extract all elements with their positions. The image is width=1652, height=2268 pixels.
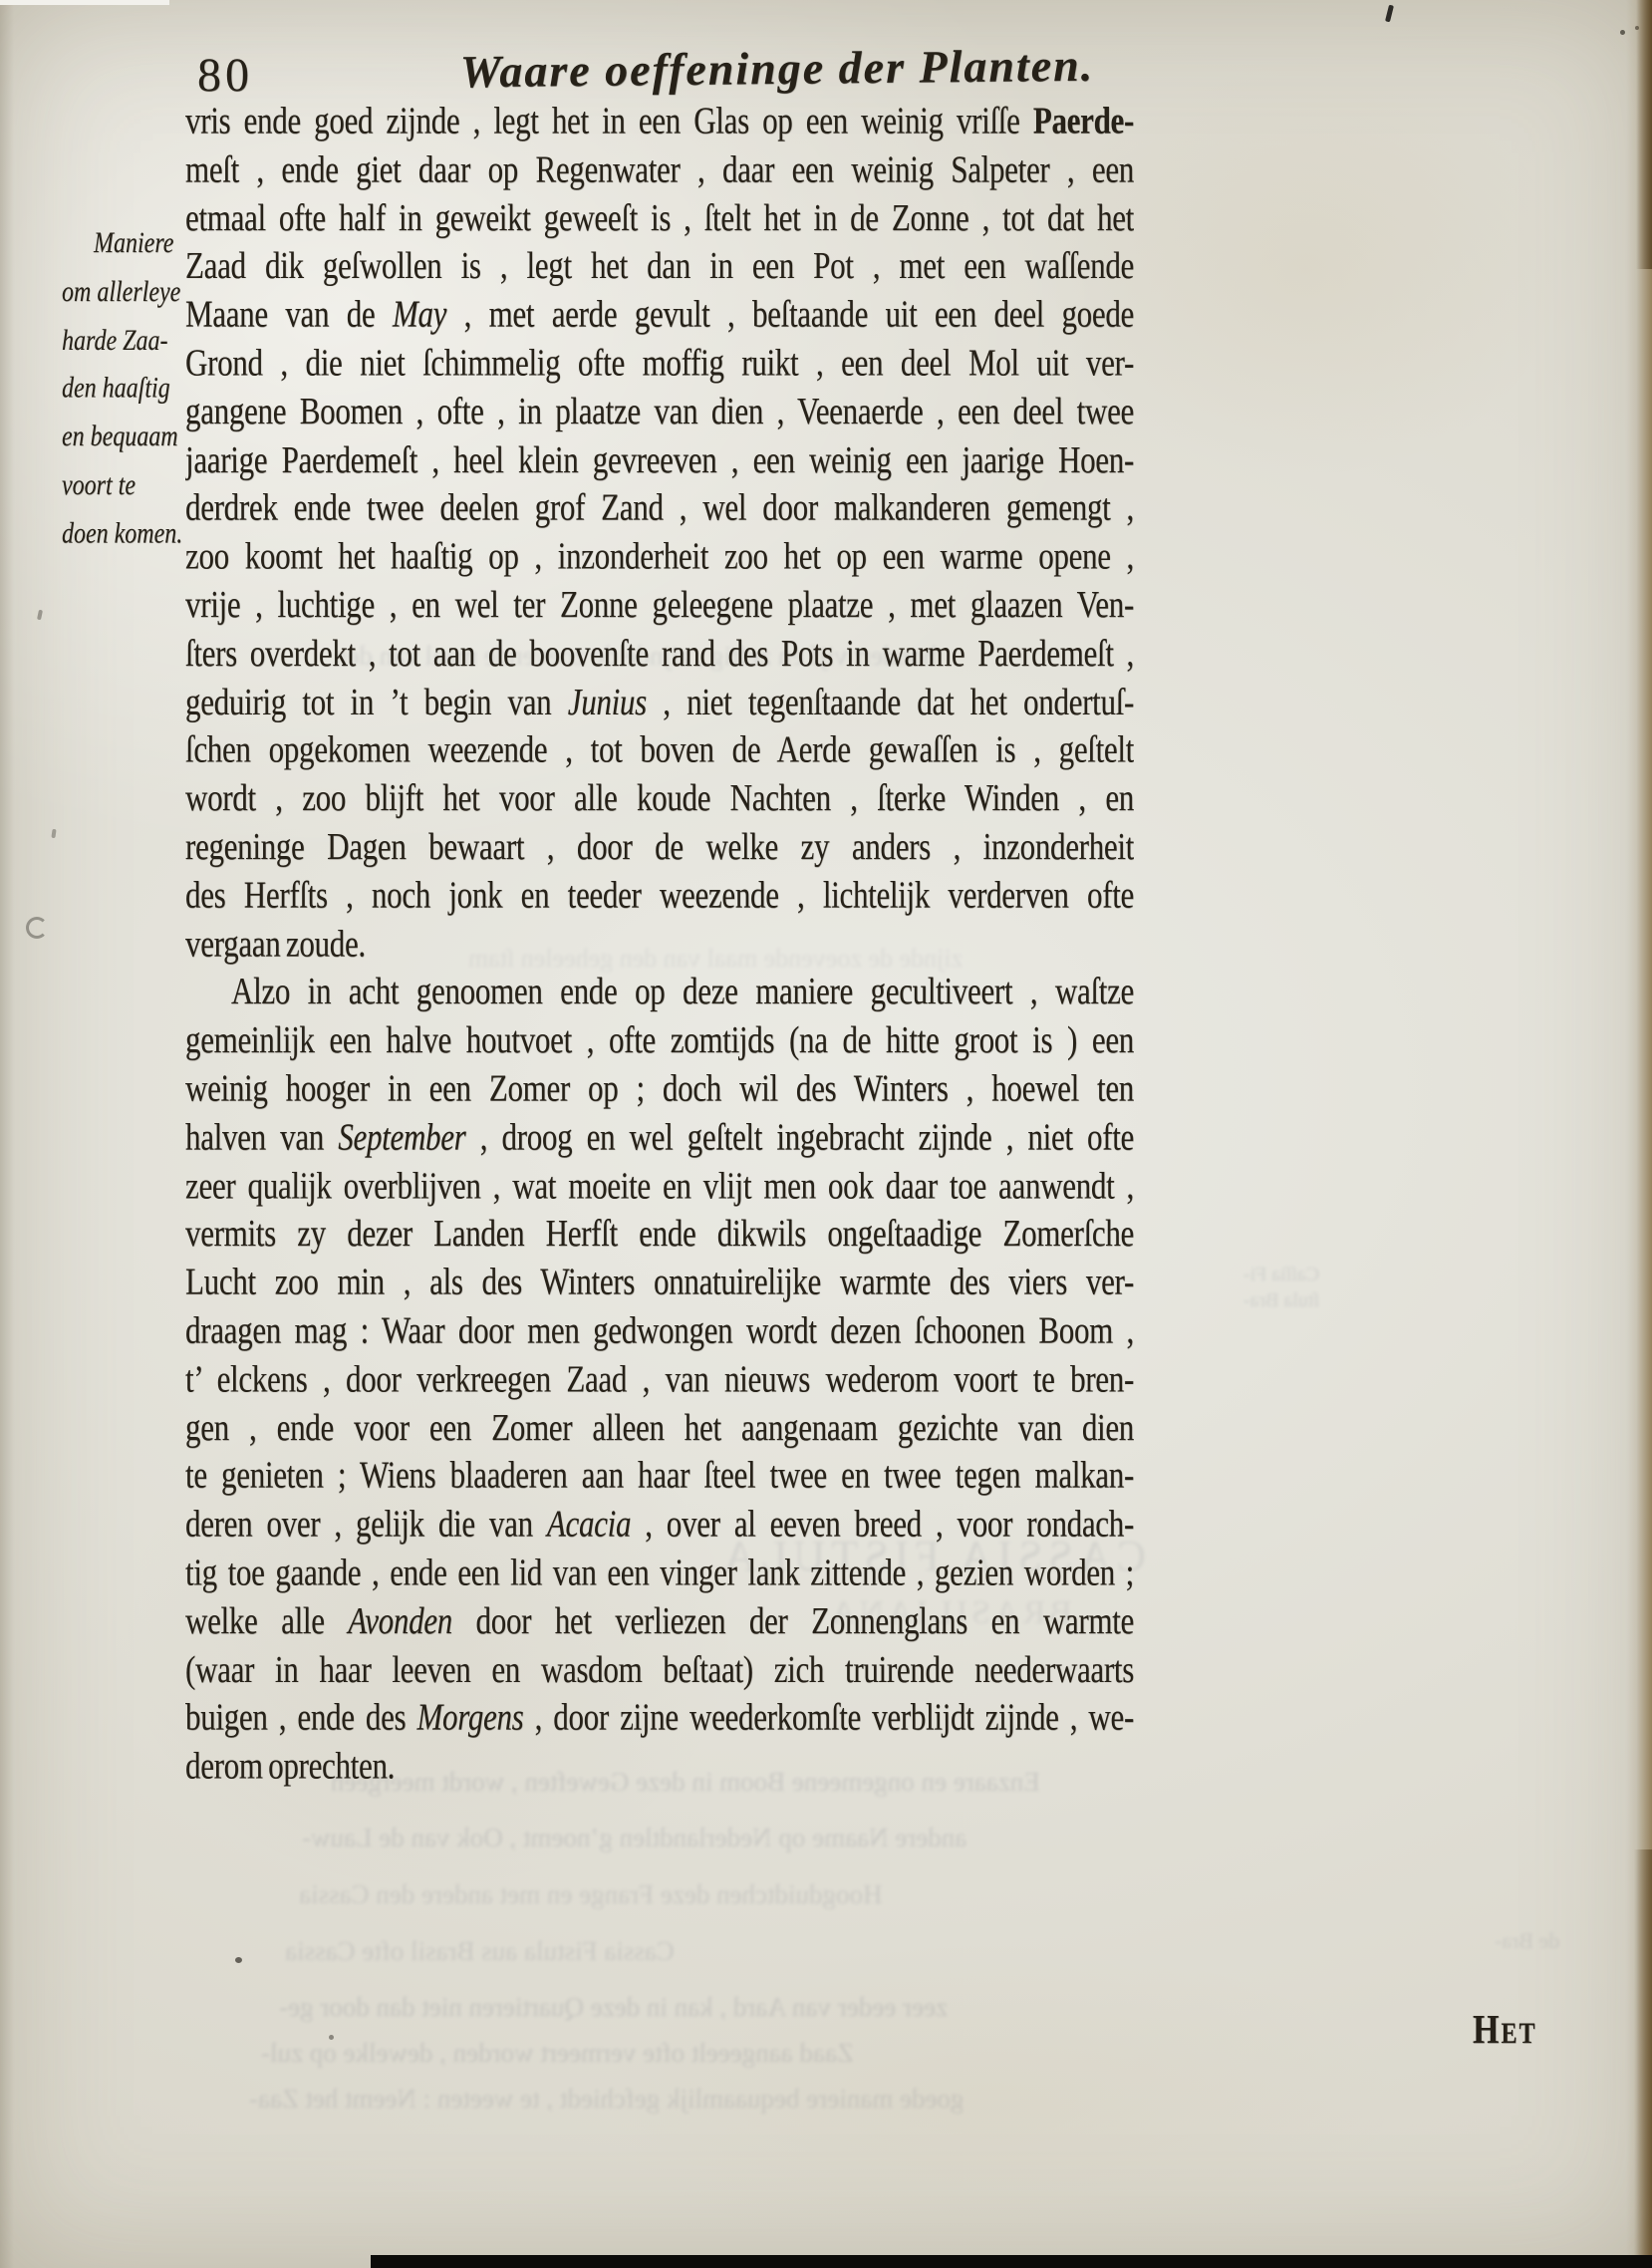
text-line: regeninge Dagen bewaart , door de welke …	[185, 822, 1134, 871]
text-line: ſchen opgekomen weezende , tot boven de …	[185, 725, 1134, 774]
margin-note-line: om allerleye	[62, 269, 189, 318]
catchword: Het	[1473, 2008, 1536, 2054]
text-line: gangene Boomen , ofte , in plaatze van d…	[185, 387, 1134, 435]
bleedthrough-line: Hoogduidtchen deze Frange en met andere …	[299, 1879, 883, 1910]
bleedthrough-line: goede maniere bequaamlijk gefchiedt , te…	[249, 2084, 964, 2115]
text-line: te genieten ; Wiens blaaderen aan haar ſ…	[185, 1451, 1134, 1500]
text-segment: t’ elckens , door verkreegen Zaad , van …	[185, 1357, 1134, 1400]
text-segment: gangene Boomen , ofte , in plaatze van d…	[185, 390, 1134, 432]
bleedthrough-line: de Bra-	[1495, 1928, 1559, 1954]
text-line: zeer qualijk overblijven , wat moeite en…	[185, 1161, 1134, 1210]
text-line: jaarige Paerdemeſt , heel klein gevreeve…	[185, 435, 1134, 484]
text-line: Grond , die niet ſchimmelig ofte moffig …	[185, 339, 1134, 388]
margin-note-line: doen komen.	[62, 511, 189, 560]
text-segment: gemeinlijk een halve houtvoet , ofte zom…	[185, 1018, 1134, 1061]
text-segment: buigen , ende des	[185, 1696, 416, 1739]
text-segment: Zaad dik geſwollen is , legt het dan in …	[185, 244, 1134, 287]
text-segment: , met aerde gevult , beſtaande uit een d…	[446, 293, 1134, 336]
body-text: vris ende goed zijnde , legt het in een …	[185, 97, 1134, 1790]
margin-note-line: den haaſtig	[62, 366, 189, 415]
text-line: ſters overdekt , tot aan de boovenſte ra…	[185, 629, 1134, 678]
text-segment: gen , ende voor een Zomer alleen het aan…	[185, 1405, 1134, 1448]
text-segment: des Herfſts , noch jonk en teeder weezen…	[185, 873, 1134, 916]
scan-edge-bar	[371, 2255, 1652, 2268]
margin-note-line: voort te	[62, 462, 189, 511]
text-line: Zaad dik geſwollen is , legt het dan in …	[185, 242, 1134, 291]
text-segment: draagen mag : Waar door men gedwongen wo…	[185, 1308, 1134, 1351]
text-segment: meſt , ende giet daar op Regenwater , da…	[185, 147, 1134, 190]
text-line: vris ende goed zijnde , legt het in een …	[185, 97, 1134, 145]
text-line: wordt , zoo blijft het voor alle koude N…	[185, 774, 1134, 823]
text-line: draagen mag : Waar door men gedwongen wo…	[185, 1306, 1134, 1355]
text-segment: Maane van de	[185, 293, 393, 336]
text-line: Alzo in acht genoomen ende op deze manie…	[185, 968, 1134, 1016]
bleedthrough-line: Cassia Fistula aus Brasil ofte Cassia	[285, 1936, 675, 1967]
text-segment: vrije , luchtige , en wel ter Zonne gele…	[185, 583, 1134, 626]
text-segment: jaarige Paerdemeſt , heel klein gevreeve…	[185, 437, 1134, 480]
text-segment: (waar in haar leeven en wasdom beſtaat) …	[185, 1647, 1134, 1690]
italic-word: Junius	[568, 680, 647, 722]
text-segment: deren over , gelijk die van	[185, 1502, 547, 1545]
text-segment: , over al eeven breed , voor rondach-	[631, 1502, 1134, 1545]
text-line: zoo koomt het haaſtig op , inzonderheit …	[185, 532, 1134, 581]
text-line: welke alle Avonden door het verliezen de…	[185, 1596, 1134, 1645]
scan-edge-sliver	[0, 0, 169, 5]
text-segment: , niet tegenſtaande dat het ondertuſ-	[647, 680, 1134, 722]
text-line: Lucht zoo min , als des Winters onnatuir…	[185, 1258, 1134, 1306]
paper-stain	[598, 1943, 1395, 2262]
text-line: des Herfſts , noch jonk en teeder weezen…	[185, 871, 1134, 920]
text-segment: zeer qualijk overblijven , wat moeite en…	[185, 1164, 1134, 1207]
ink-speck	[51, 829, 56, 838]
text-segment: Lucht zoo min , als des Winters onnatuir…	[185, 1261, 1134, 1303]
text-line: halven van September , droog en wel geſt…	[185, 1113, 1134, 1162]
text-segment: derdrek ende twee deelen grof Zand , wel…	[185, 486, 1134, 529]
text-segment: te genieten ; Wiens blaaderen aan haar ſ…	[185, 1454, 1134, 1497]
text-segment: regeninge Dagen bewaart , door de welke …	[185, 825, 1134, 868]
margin-note: Maniereom allerleyeharde Zaa-den haaſtig…	[62, 220, 189, 559]
italic-word: Acacia	[547, 1502, 631, 1545]
ink-speck	[37, 610, 43, 621]
ink-speck	[26, 917, 48, 939]
text-line: meſt , ende giet daar op Regenwater , da…	[185, 145, 1134, 194]
text-line: etmaal ofte half in geweikt geweeſt is ,…	[185, 193, 1134, 242]
text-line: geduirig tot in ’t begin van Junius , ni…	[185, 678, 1134, 726]
text-line: vrije , luchtige , en wel ter Zonne gele…	[185, 581, 1134, 630]
text-segment: welke alle	[185, 1599, 348, 1642]
margin-note-line: Maniere	[62, 220, 189, 269]
page-edge-shadow-left	[0, 0, 14, 2268]
margin-note-line: harde Zaa-	[62, 318, 189, 367]
text-line: vermits zy dezer Landen Herfſt ende dikw…	[185, 1210, 1134, 1259]
text-line: derdrek ende twee deelen grof Zand , wel…	[185, 483, 1134, 532]
text-segment: geduirig tot in ’t begin van	[185, 680, 568, 722]
text-segment: , droog en wel geſtelt ingebracht zijnde…	[465, 1115, 1134, 1158]
text-segment: halven van	[185, 1115, 338, 1158]
italic-word: September	[338, 1115, 465, 1158]
italic-word: Avonden	[348, 1599, 452, 1642]
text-segment: door het verliezen der Zonnenglans en wa…	[452, 1599, 1134, 1642]
text-line: gemeinlijk een halve houtvoet , ofte zom…	[185, 1015, 1134, 1064]
page-edge-shadow-right	[1626, 0, 1652, 2268]
italic-word: Morgens	[416, 1696, 523, 1739]
text-segment: tig toe gaande , ende een lid van een vi…	[185, 1551, 1134, 1593]
text-segment: vris ende goed zijnde , legt het in een …	[185, 99, 1033, 142]
text-line: derom oprechten.	[185, 1742, 1134, 1791]
text-line: gen , ende voor een Zomer alleen het aan…	[185, 1403, 1134, 1452]
ink-speck	[329, 2035, 334, 2040]
text-segment: ſters overdekt , tot aan de boovenſte ra…	[185, 632, 1134, 675]
text-segment: , door zijne weederkomſte verblijdt zijn…	[523, 1696, 1134, 1739]
text-segment: Alzo in acht genoomen ende op deze manie…	[231, 970, 1134, 1012]
running-title: Waare oeffeninge der Planten.	[399, 38, 1157, 99]
text-segment: zoo koomt het haaſtig op , inzonderheit …	[185, 534, 1134, 577]
paragraph-2: Alzo in acht genoomen ende op deze manie…	[185, 968, 1134, 1790]
bleedthrough-line: Caſſia Fi-	[1243, 1264, 1319, 1286]
bleedthrough-line: zeer eeder van Aard , kan in deze Quarti…	[279, 1992, 948, 2023]
text-line: vergaan zoude.	[185, 919, 1134, 968]
bleedthrough-line: Zaad aangeeelt ofte vermeert worden , de…	[261, 2038, 853, 2069]
text-line: t’ elckens , door verkreegen Zaad , van …	[185, 1354, 1134, 1403]
text-line: deren over , gelijk die van Acacia , ove…	[185, 1500, 1134, 1549]
bleedthrough-line: andere Naame op Nederlandtlen g’noemt , …	[302, 1823, 966, 1853]
book-page: hondert vijf en zeftig , zijnde de zoeve…	[0, 0, 1652, 2268]
text-segment: ſchen opgekomen weezende , tot boven de …	[185, 728, 1134, 771]
text-segment: derom oprechten.	[185, 1744, 395, 1787]
text-segment: vergaan zoude.	[185, 922, 366, 965]
text-line: Maane van de May , met aerde gevult , be…	[185, 290, 1134, 339]
text-segment: vermits zy dezer Landen Herfſt ende dikw…	[185, 1212, 1134, 1255]
text-line: buigen , ende des Morgens , door zijne w…	[185, 1693, 1134, 1742]
bold-word: Paerde-	[1033, 99, 1134, 142]
text-segment: Grond , die niet ſchimmelig ofte moffig …	[185, 341, 1134, 384]
bleedthrough-line: ſtula Bra-	[1243, 1289, 1319, 1312]
page-number: 80	[197, 48, 253, 103]
text-line: (waar in haar leeven en wasdom beſtaat) …	[185, 1645, 1134, 1694]
text-segment: wordt , zoo blijft het voor alle koude N…	[185, 776, 1134, 819]
ink-speck	[235, 1957, 242, 1963]
paragraph-1: vris ende goed zijnde , legt het in een …	[185, 97, 1134, 968]
margin-note-line: en bequaam	[62, 415, 189, 463]
text-segment: etmaal ofte half in geweikt geweeſt is ,…	[185, 196, 1134, 239]
text-line: tig toe gaande , ende een lid van een vi…	[185, 1549, 1134, 1597]
text-segment: weinig hooger in een Zomer op ; doch wil…	[185, 1066, 1134, 1109]
text-line: weinig hooger in een Zomer op ; doch wil…	[185, 1064, 1134, 1113]
italic-word: May	[393, 293, 446, 336]
